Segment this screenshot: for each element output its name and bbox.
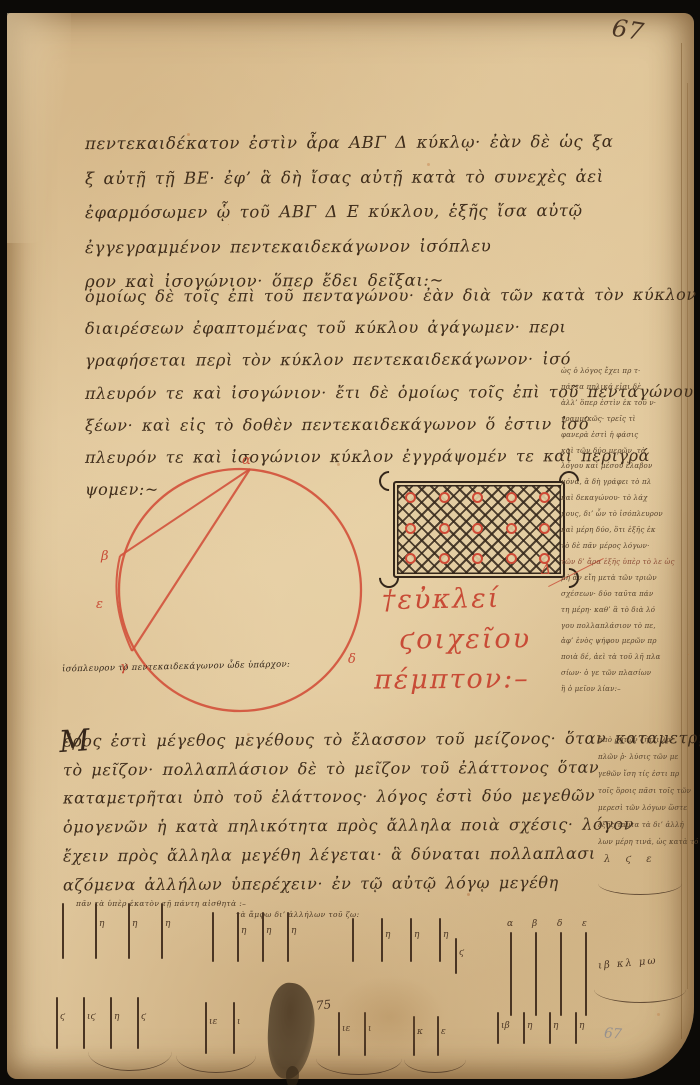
greek-text-paragraph-3: Μ έρος ἐστὶ μέγεθος μεγέθους τὸ ἔλασσον … [63,726,618,898]
headpiece-rings [395,483,563,576]
text-line: ἔχειν πρὸς ἄλληλα μεγέθη λέγεται· ἃ δύνα… [63,839,618,871]
red-delta-mark: Δ [541,562,551,578]
text-line: ὁμογενῶν ἡ κατὰ πηλικότητα πρὸς ἄλληλα π… [63,811,618,843]
ring-ornament-icon [472,523,483,534]
text-line: λόγου καὶ μέσου ἔλαβον [561,459,699,475]
text-line: τῶν δ’ ἄρα ἑξῆς ὑπὲρ τὸ λε ὡς [561,555,699,571]
text-line: ὡς ὁ λόγος ἔχει πρ τ· [561,364,699,380]
interlinear-notes: πᾶν τὰ ὑπὲρ ἑκατὸν τῇ πάντη αἰσθητὰ :– τ… [76,898,496,920]
text-line: καὶ δεκαγώνου· τὸ λάχ [561,491,699,507]
text-line: καὶ μέρη δύο, ὅτι ἑξῆς ἐκ [561,523,699,539]
paper-stain [330,972,450,1062]
book-title-line-3: πέμπτον:– [374,663,530,695]
text-line: πεντεκαιδέκατον ἐστὶν ἆρα ΑΒΓ Δ κύκλῳ· ἐ… [85,125,615,162]
text-line: ἀφ’ ἑνὸς ψήφου μερῶν πρ [561,634,699,650]
ring-ornament-icon [506,523,517,534]
book-title-line-2: ϛοιχεῖου [399,623,531,655]
text-line: διαιρέσεων ἐφαπτομένας τοῦ κύκλου ἀγάγωμ… [85,311,615,345]
text-line: καταμετρῆται ὑπὸ τοῦ ἐλάττονος· λόγος ἐσ… [63,782,618,814]
text-line: τη μέρη· καθ’ ἃ τὸ διὰ λό [561,603,699,619]
text-line: γραμμικῶς· τρεῖς τὶ [561,412,699,428]
chord-alpha-gamma [132,469,250,651]
marginal-scholia-upper: ὡς ὁ λόγος ἔχει πρ τ·πάντα πηλικά εἰσι δ… [561,364,699,698]
ring-ornament-icon [405,523,416,534]
text-line: μόνα, ἃ δὴ γράφει τὸ πλ [561,475,699,491]
ring-ornament-icon [506,553,517,564]
note-line: πᾶν τὰ ὑπὲρ ἑκατὸν τῇ πάντη αἰσθητὰ :– [76,898,496,909]
torn-corner-flap [7,13,71,243]
folio-number: 67 [610,14,647,47]
point-label-alpha: α [242,453,251,468]
ring-ornament-icon [405,492,416,503]
ring-ornament-icon [405,553,416,564]
text-line: τὸ δὲ πᾶν μέρος λόγων· [561,539,699,555]
book-title-line-1: †εὐκλεί [382,583,501,616]
ring-ornament-icon [439,492,450,503]
diagram-circle [119,469,361,711]
text-line: σίων· ὁ γε τῶν πλασίων [561,666,699,682]
text-line: τὸ μεῖζον· πολλαπλάσιον δὲ τὸ μεῖζον τοῦ… [63,753,618,785]
circle-diagram: α β ε γ δ [90,450,390,725]
point-label-delta: δ [348,652,356,667]
text-line: έρος ἐστὶ μέγεθος μεγέθους τὸ ἔλασσον το… [63,725,618,757]
text-line: καὶ τῶν δύο μερῶν, τὰ [561,444,699,460]
brace-letters: λ ϛ ε [604,854,658,865]
text-line: μους, δι’ ὧν τὸ ἰσόπλευρον [561,507,699,523]
greek-text-paragraph-1: πεντεκαιδέκατον ἐστὶν ἆρα ΑΒΓ Δ κύκλῳ· ἐ… [85,126,615,299]
ring-ornament-icon [539,523,550,534]
text-line: πλευρόν τε καὶ ἰσογώνιον· ἔτι δὲ ὁμοίως … [85,376,615,410]
ring-ornament-icon [472,553,483,564]
ink-blot-drip [286,1066,299,1085]
text-line: ἐγγεγραμμένον πεντεκαιδεκάγωνον ἰσόπλευ [85,228,615,265]
ring-ornament-icon [539,492,550,503]
text-line: αζόμενα ἀλλήλων ὑπερέχειν· ἐν τῷ αὐτῷ λό… [63,868,618,900]
text-line: γου πολλαπλάσιον τὸ πε, [561,619,699,635]
text-line: γραφήσεται περὶ τὸν κύκλον πεντεκαιδεκάγ… [85,343,615,377]
text-line: ἀλλ’ ὅπερ ἐστὶν ἐκ τοῦ ν· [561,396,699,412]
text-line: ὁμοίως δὲ τοῖς ἐπὶ τοῦ πενταγώνου· ἐὰν δ… [85,279,615,313]
ring-ornament-icon [472,492,483,503]
text-line: ξ αὐτῇ τῇ ΒΕ· ἐφ’ ἃ δὴ ἴσας αὐτῇ κατὰ τὸ… [85,159,615,196]
text-line: ἢ ὁ μεῖον λίαν:– [561,682,699,698]
interlace-headpiece [393,481,565,578]
point-label-beta: β [100,549,109,564]
note-line: τὰ ἄμφω δι’ ἀλλήλων τοῦ ζω: [76,909,496,920]
text-line: ξέων· καὶ εἰς τὸ δοθὲν πεντεκαιδεκάγωνον… [85,408,615,442]
text-line: μὴ ἂν εἴη μετὰ τῶν τριῶν [561,571,699,587]
ring-ornament-icon [439,523,450,534]
text-line: ἐφαρμόσωμεν ᾧ τοῦ ΑΒΓ Δ Ε κύκλου, ἑξῆς ἴ… [85,194,615,231]
text-line: πάντα πηλικά εἰσι δὲ [561,380,699,396]
faint-folio-number: 67 [603,1025,622,1042]
ring-ornament-icon [506,492,517,503]
text-line: φανερὰ ἐστὶ ἡ φάσις [561,428,699,444]
point-label-epsilon: ε [96,597,103,612]
text-line: ποιὰ δέ, ἀεὶ τὰ τοῦ λῆ πλα [561,650,699,666]
text-line: σχέσεων· δύο ταῦτα πάν [561,587,699,603]
ring-ornament-icon [439,553,450,564]
